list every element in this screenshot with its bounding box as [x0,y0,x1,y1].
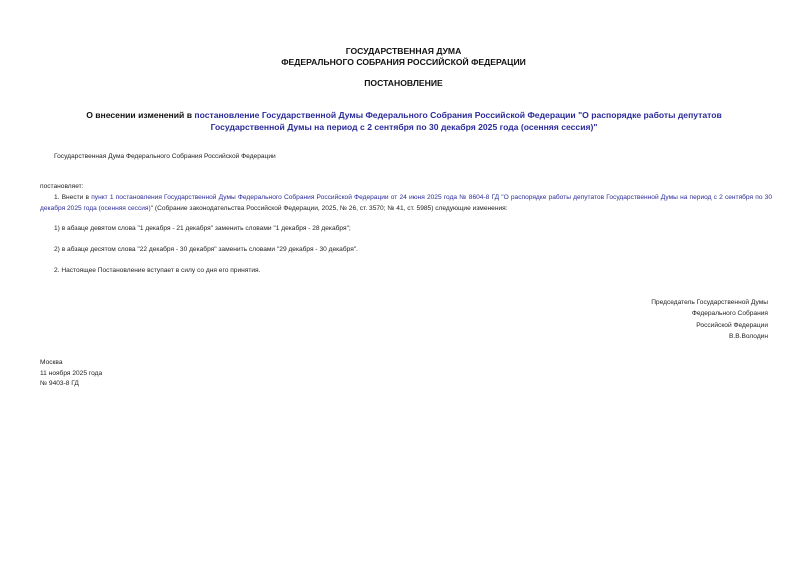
header-line-2: ФЕДЕРАЛЬНОГО СОБРАНИЯ РОССИЙСКОЙ ФЕДЕРАЦ… [0,57,807,68]
decides-text: постановляет: [40,182,84,193]
issuing-body-header: ГОСУДАРСТВЕННАЯ ДУМА ФЕДЕРАЛЬНОГО СОБРАН… [0,46,807,68]
item-1-prefix: 1. Внести в [54,194,91,201]
footer-number: № 9403-8 ГД [40,379,102,390]
signatory-name: В.В.Володин [651,331,768,342]
item-1: 1. Внести в пункт 1 постановления Госуда… [40,193,772,214]
title-prefix: О внесении изменений в [86,110,194,120]
signatory-title-3: Российской Федерации [651,320,768,331]
amended-resolution-link[interactable]: постановление Государственной Думы Федер… [194,110,721,132]
item-2: 2. Настоящее Постановление вступает в си… [54,266,260,277]
document-title: О внесении изменений в постановление Гос… [60,110,748,133]
issuer-text: Государственная Дума Федерального Собран… [54,152,276,163]
signatory-title-1: Председатель Государственной Думы [651,297,768,308]
subitem-2: 2) в абзаце десятом слова "22 декабря - … [54,245,358,256]
item-1-suffix: " (Собрание законодательства Российской … [151,205,508,212]
header-line-1: ГОСУДАРСТВЕННАЯ ДУМА [0,46,807,57]
footer-city: Москва [40,358,102,369]
signatory-title-2: Федерального Собрания [651,308,768,319]
document-footer: Москва 11 ноября 2025 года № 9403-8 ГД [40,358,102,390]
document-page: ГОСУДАРСТВЕННАЯ ДУМА ФЕДЕРАЛЬНОГО СОБРАН… [0,0,807,571]
footer-date: 11 ноября 2025 года [40,369,102,380]
document-type: ПОСТАНОВЛЕНИЕ [0,78,807,88]
signature-block: Председатель Государственной Думы Федера… [651,297,768,342]
subitem-1: 1) в абзаце девятом слова "1 декабря - 2… [54,224,351,235]
